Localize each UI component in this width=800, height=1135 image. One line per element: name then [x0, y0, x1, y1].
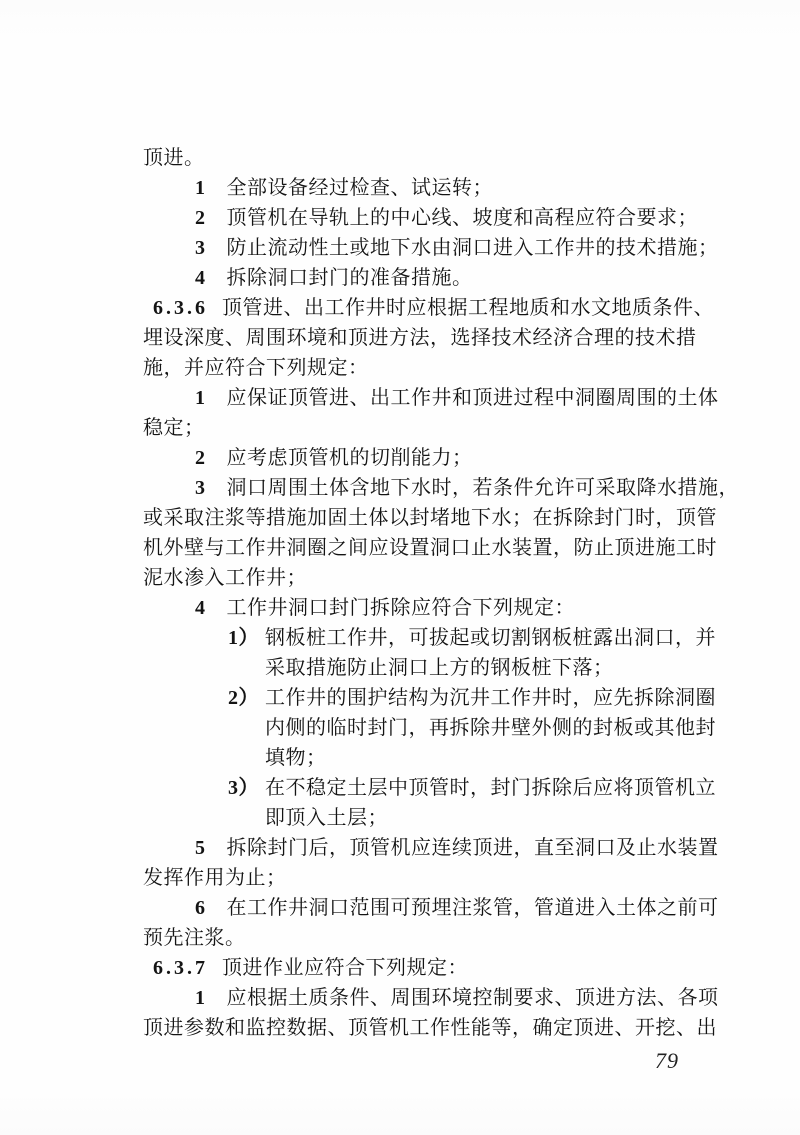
text-line: 4工作井洞口封门拆除应符合下列规定： — [143, 593, 695, 623]
text-line: 6.3.7顶进作业应符合下列规定： — [143, 953, 695, 983]
line-text: 顶进作业应符合下列规定： — [222, 957, 468, 979]
line-text: 预先注浆。 — [143, 927, 246, 949]
text-line: 1全部设备经过检查、试运转； — [143, 173, 695, 203]
text-line: 1应根据土质条件、周围环境控制要求、顶进方法、各项 — [143, 983, 695, 1013]
text-line: 填物； — [143, 743, 695, 773]
text-line: 1应保证顶管进、出工作井和顶进过程中洞圈周围的土体 — [143, 383, 695, 413]
item-number: 3 — [195, 233, 206, 263]
line-text: 工作井洞口封门拆除应符合下列规定： — [227, 597, 576, 619]
item-number: 6 — [195, 893, 206, 923]
line-text: 全部设备经过检查、试运转； — [227, 177, 494, 199]
document-page: 顶进。1全部设备经过检查、试运转；2顶管机在导轨上的中心线、坡度和高程应符合要求… — [0, 0, 800, 1135]
text-line: 4拆除洞口封门的准备措施。 — [143, 263, 695, 293]
text-line: 泥水渗入工作井； — [143, 563, 695, 593]
line-text: 应保证顶管进、出工作井和顶进过程中洞圈周围的土体 — [227, 387, 719, 409]
line-text: 即顶入土层； — [265, 807, 388, 829]
text-line: 1）钢板桩工作井，可拔起或切割钢板桩露出洞口，并 — [143, 623, 695, 653]
section-number: 6.3.7 — [153, 953, 208, 983]
line-text: 埋设深度、周围环境和顶进方法，选择技术经济合理的技术措 — [143, 327, 697, 349]
item-number: 1） — [228, 623, 259, 653]
line-text: 在工作井洞口范围可预埋注浆管，管道进入土体之前可 — [227, 897, 719, 919]
text-line: 即顶入土层； — [143, 803, 695, 833]
text-block: 顶进。1全部设备经过检查、试运转；2顶管机在导轨上的中心线、坡度和高程应符合要求… — [143, 143, 695, 1043]
line-text: 采取措施防止洞口上方的钢板桩下落； — [265, 657, 614, 679]
text-line: 顶进。 — [143, 143, 695, 173]
text-line: 发挥作用为止； — [143, 863, 695, 893]
line-text: 内侧的临时封门，再拆除井壁外侧的封板或其他封 — [265, 717, 716, 739]
text-line: 稳定； — [143, 413, 695, 443]
text-line: 3）在不稳定土层中顶管时，封门拆除后应将顶管机立 — [143, 773, 695, 803]
line-text: 拆除洞口封门的准备措施。 — [227, 267, 473, 289]
text-line: 2）工作井的围护结构为沉井工作井时，应先拆除洞圈 — [143, 683, 695, 713]
item-number: 4 — [195, 263, 206, 293]
item-number: 3） — [228, 773, 259, 803]
line-text: 应考虑顶管机的切削能力； — [227, 447, 473, 469]
line-text: 应根据土质条件、周围环境控制要求、顶进方法、各项 — [227, 987, 719, 1009]
line-text: 顶进。 — [143, 147, 205, 169]
text-line: 埋设深度、周围环境和顶进方法，选择技术经济合理的技术措 — [143, 323, 695, 353]
line-text: 泥水渗入工作井； — [143, 567, 307, 589]
line-text: 顶进参数和监控数据、顶管机工作性能等，确定顶进、开挖、出 — [143, 1017, 717, 1039]
page-number: 79 — [655, 1048, 679, 1074]
line-text: 填物； — [265, 747, 327, 769]
line-text: 洞口周围土体含地下水时，若条件允许可采取降水措施， — [227, 477, 740, 499]
text-line: 预先注浆。 — [143, 923, 695, 953]
text-line: 或采取注浆等措施加固土体以封堵地下水；在拆除封门时，顶管 — [143, 503, 695, 533]
line-text: 防止流动性土或地下水由洞口进入工作井的技术措施； — [227, 237, 719, 259]
line-text: 顶管机在导轨上的中心线、坡度和高程应符合要求； — [227, 207, 699, 229]
text-line: 6.3.6顶管进、出工作井时应根据工程地质和水文地质条件、 — [143, 293, 695, 323]
line-text: 施，并应符合下列规定： — [143, 357, 369, 379]
line-text: 工作井的围护结构为沉井工作井时，应先拆除洞圈 — [265, 687, 716, 709]
text-line: 顶进参数和监控数据、顶管机工作性能等，确定顶进、开挖、出 — [143, 1013, 695, 1043]
item-number: 2 — [195, 203, 206, 233]
item-number: 2 — [195, 443, 206, 473]
text-line: 5拆除封门后，顶管机应连续顶进，直至洞口及止水装置 — [143, 833, 695, 863]
line-text: 钢板桩工作井，可拔起或切割钢板桩露出洞口，并 — [265, 627, 716, 649]
section-number: 6.3.6 — [153, 293, 208, 323]
item-number: 4 — [195, 593, 206, 623]
line-text: 机外壁与工作井洞圈之间应设置洞口止水装置，防止顶进施工时 — [143, 537, 717, 559]
text-line: 机外壁与工作井洞圈之间应设置洞口止水装置，防止顶进施工时 — [143, 533, 695, 563]
item-number: 2） — [228, 683, 259, 713]
item-number: 1 — [195, 383, 206, 413]
text-line: 采取措施防止洞口上方的钢板桩下落； — [143, 653, 695, 683]
text-line: 6在工作井洞口范围可预埋注浆管，管道进入土体之前可 — [143, 893, 695, 923]
text-line: 3防止流动性土或地下水由洞口进入工作井的技术措施； — [143, 233, 695, 263]
line-text: 拆除封门后，顶管机应连续顶进，直至洞口及止水装置 — [227, 837, 719, 859]
item-number: 1 — [195, 983, 206, 1013]
line-text: 或采取注浆等措施加固土体以封堵地下水；在拆除封门时，顶管 — [143, 507, 717, 529]
text-line: 内侧的临时封门，再拆除井壁外侧的封板或其他封 — [143, 713, 695, 743]
item-number: 5 — [195, 833, 206, 863]
text-line: 2顶管机在导轨上的中心线、坡度和高程应符合要求； — [143, 203, 695, 233]
line-text: 稳定； — [143, 417, 205, 439]
item-number: 3 — [195, 473, 206, 503]
line-text: 顶管进、出工作井时应根据工程地质和水文地质条件、 — [222, 297, 714, 319]
line-text: 在不稳定土层中顶管时，封门拆除后应将顶管机立 — [265, 777, 716, 799]
item-number: 1 — [195, 173, 206, 203]
line-text: 发挥作用为止； — [143, 867, 287, 889]
text-line: 2应考虑顶管机的切削能力； — [143, 443, 695, 473]
text-line: 施，并应符合下列规定： — [143, 353, 695, 383]
text-line: 3洞口周围土体含地下水时，若条件允许可采取降水措施， — [143, 473, 695, 503]
